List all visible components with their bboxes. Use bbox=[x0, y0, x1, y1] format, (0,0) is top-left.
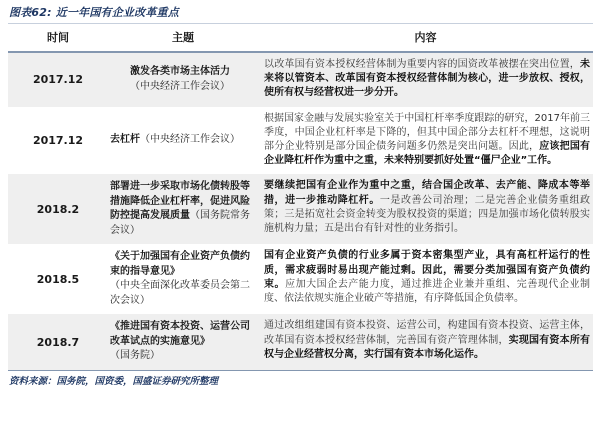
topic-meeting: （中央全面深化改革委员会第二次会议） bbox=[110, 280, 250, 306]
topic-cell: 《关于加强国有企业资产负债约束的指导意见》（中央全面深化改革委员会第二次会议） bbox=[108, 244, 258, 314]
time-cell: 2017.12 bbox=[8, 53, 108, 107]
topic-text: 《关于加强国有企业资产负债约束的指导意见》（中央全面深化改革委员会第二次会议） bbox=[110, 250, 250, 308]
topic-cell: 去杠杆（中央经济工作会议） bbox=[108, 107, 258, 175]
topic-cell: 激发各类市场主体活力（中央经济工作会议） bbox=[108, 53, 258, 107]
topic-title: 《推进国有资本投资、运营公司改革试点的实施意见》 bbox=[110, 321, 250, 347]
figure-title: 图表62: 近一年国有企业改革重点 bbox=[8, 2, 593, 23]
table-row: 2017.12去杠杆（中央经济工作会议）根据国家金融与发展实验室关于中国杠杆率季… bbox=[8, 107, 593, 175]
topic-text: 《推进国有资本投资、运营公司改革试点的实施意见》（国务院） bbox=[110, 320, 250, 364]
content-cell: 通过改组组建国有资本投资、运营公司，构建国有资本投资、运营主体，改革国有资本授权… bbox=[258, 314, 593, 370]
topic-meeting: （国务院） bbox=[110, 350, 160, 361]
table-row: 2017.12激发各类市场主体活力（中央经济工作会议）以改革国有资本授权经营体制… bbox=[8, 53, 593, 107]
source-note: 资料来源：国务院，国资委，国盛证券研究所整理 bbox=[8, 370, 593, 387]
time-cell: 2017.12 bbox=[8, 107, 108, 175]
column-header-topic: 主题 bbox=[108, 29, 258, 45]
topic-cell: 部署进一步采取市场化债转股等措施降低企业杠杆率，促进风险防控提高发展质量（国务院… bbox=[108, 174, 258, 244]
content-segment: 应加大国企去产能力度，通过推进企业兼并重组、完善现代企业制度、依法依规实施企业破… bbox=[264, 279, 590, 304]
topic-title: 去杠杆 bbox=[110, 134, 140, 145]
time-cell: 2018.5 bbox=[8, 244, 108, 314]
topic-cell: 《推进国有资本投资、运营公司改革试点的实施意见》（国务院） bbox=[108, 314, 258, 370]
time-cell: 2018.2 bbox=[8, 174, 108, 244]
column-header-time: 时间 bbox=[8, 29, 108, 45]
table-row: 2018.7《推进国有资本投资、运营公司改革试点的实施意见》（国务院）通过改组组… bbox=[8, 314, 593, 370]
table-row: 2018.2部署进一步采取市场化债转股等措施降低企业杠杆率，促进风险防控提高发展… bbox=[8, 174, 593, 244]
topic-meeting: （中央经济工作会议） bbox=[140, 134, 240, 145]
topic-meeting: （中央经济工作会议） bbox=[130, 81, 230, 92]
table-header-row: 时间 主题 内容 bbox=[8, 23, 593, 53]
table-body: 2017.12激发各类市场主体活力（中央经济工作会议）以改革国有资本授权经营体制… bbox=[8, 53, 593, 370]
report-figure-page: 图表62: 近一年国有企业改革重点 时间 主题 内容 2017.12激发各类市场… bbox=[0, 0, 600, 428]
time-cell: 2018.7 bbox=[8, 314, 108, 370]
content-cell: 要继续把国有企业作为重中之重，结合国企改革、去产能、降成本等举措，进一步推动降杠… bbox=[258, 174, 593, 244]
column-header-content: 内容 bbox=[258, 29, 593, 45]
topic-title: 激发各类市场主体活力 bbox=[130, 66, 230, 77]
table-row: 2018.5《关于加强国有企业资产负债约束的指导意见》（中央全面深化改革委员会第… bbox=[8, 244, 593, 314]
content-cell: 根据国家金融与发展实验室关于中国杠杆率季度跟踪的研究，2017年前三季度，中国企… bbox=[258, 107, 593, 175]
topic-title: 《关于加强国有企业资产负债约束的指导意见》 bbox=[110, 251, 250, 277]
topic-text: 部署进一步采取市场化债转股等措施降低企业杠杆率，促进风险防控提高发展质量（国务院… bbox=[110, 180, 250, 238]
content-segment: 以改革国有资本授权经营体制为重要内容的国资改革被摆在突出位置， bbox=[264, 59, 580, 70]
content-cell: 国有企业资产负债的行业多属于资本密集型产业，具有高杠杆运行的性质，需求疲弱时易出… bbox=[258, 244, 593, 314]
topic-text: 去杠杆（中央经济工作会议） bbox=[110, 133, 250, 148]
content-cell: 以改革国有资本授权经营体制为重要内容的国资改革被摆在突出位置，未来将以管资本、改… bbox=[258, 53, 593, 107]
topic-text: 激发各类市场主体活力（中央经济工作会议） bbox=[110, 65, 250, 94]
